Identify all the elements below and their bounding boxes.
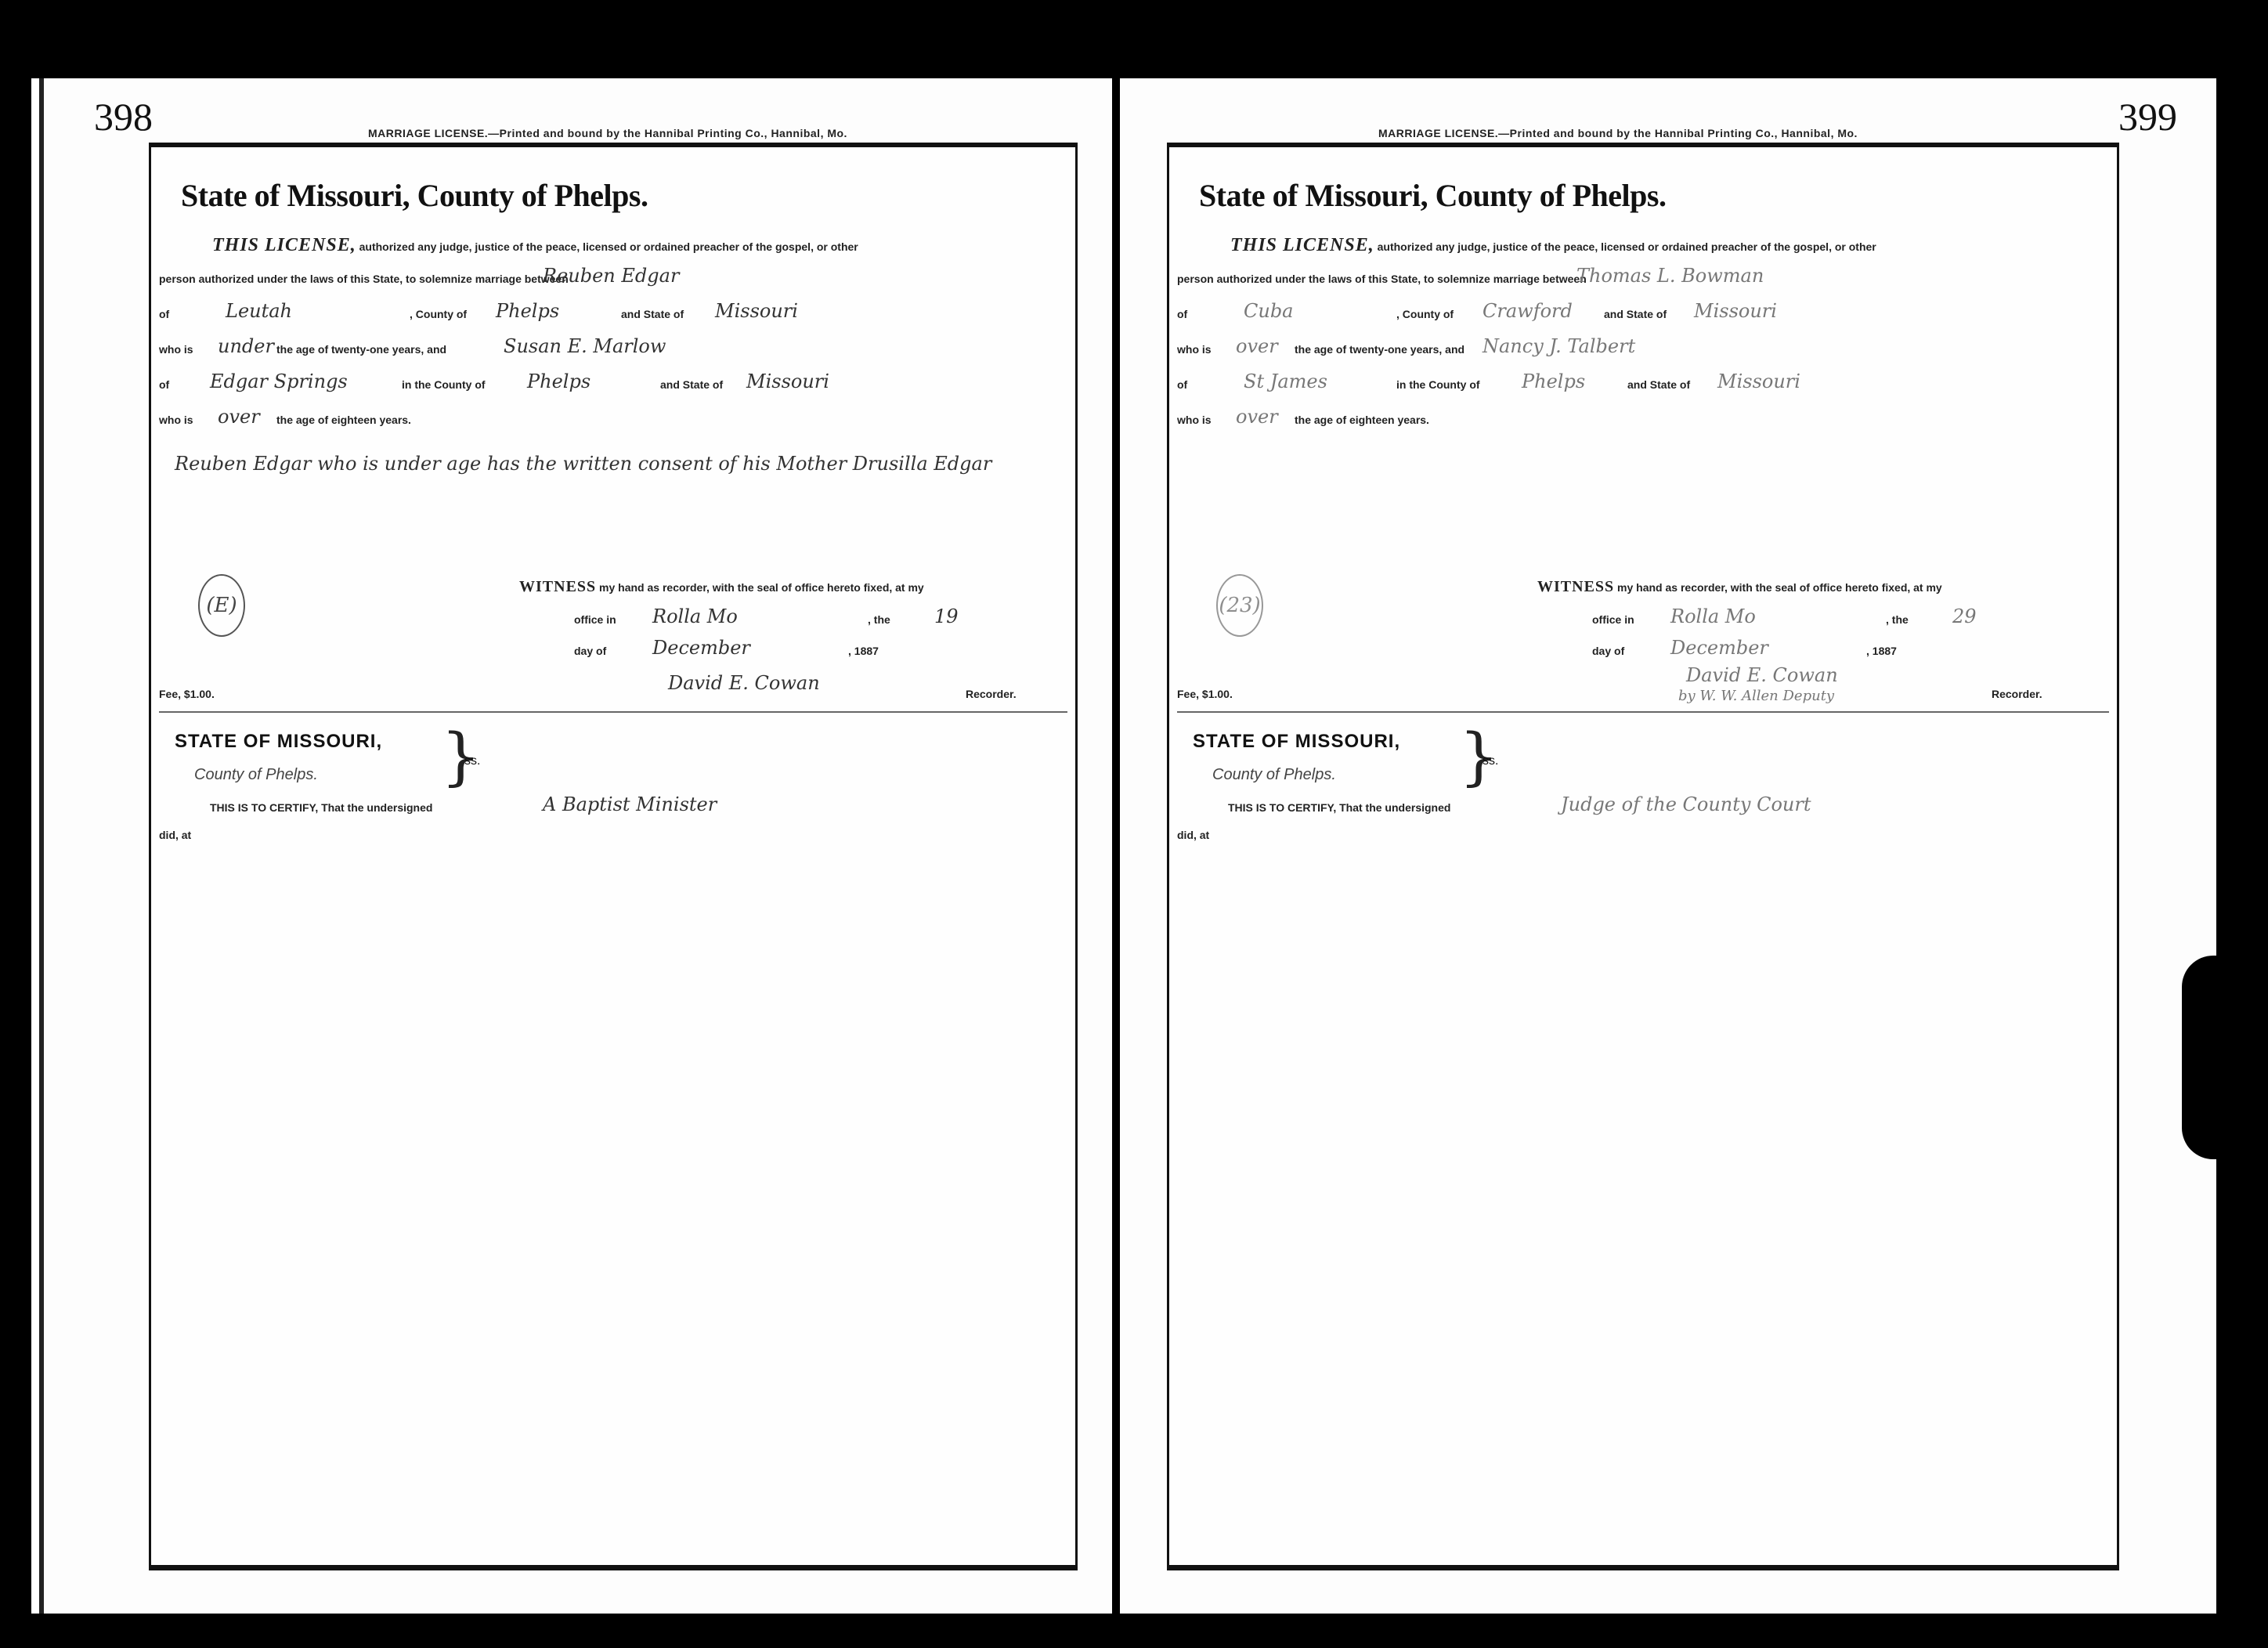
label-did-at: did, at xyxy=(159,829,191,841)
witness-year: , 1887 xyxy=(848,645,879,657)
ss-label: ss. xyxy=(464,754,480,768)
form-title: State of Missouri, County of Phelps. xyxy=(181,177,648,214)
fee-label: Fee, $1.00. xyxy=(159,688,215,700)
bride-residence: Edgar Springs xyxy=(210,370,348,392)
license-line-1: THIS LICENSE, authorized any judge, just… xyxy=(1230,235,1876,256)
label-state-of: and State of xyxy=(1604,308,1667,320)
divider xyxy=(1177,711,2109,713)
officiant-title: A Baptist Minister xyxy=(543,793,717,815)
state-heading: STATE OF MISSOURI, xyxy=(175,731,382,753)
recorder-label: Recorder. xyxy=(1992,688,2042,700)
label-who-is: who is xyxy=(159,414,193,426)
printer-line: MARRIAGE LICENSE.—Printed and bound by t… xyxy=(1378,127,1858,139)
form-frame-left: State of Missouri, County of Phelps. THI… xyxy=(149,143,1078,1570)
form-title: State of Missouri, County of Phelps. xyxy=(1199,177,1666,214)
label-the: , the xyxy=(868,613,890,626)
groom-state: Missouri xyxy=(1694,300,1777,322)
bride-state: Missouri xyxy=(746,370,829,392)
label-of: of xyxy=(159,378,169,391)
printer-line: MARRIAGE LICENSE.—Printed and bound by t… xyxy=(368,127,847,139)
groom-county: Phelps xyxy=(496,300,559,322)
witness-month: December xyxy=(1670,637,1768,659)
witness-line: WITNESS my hand as recorder, with the se… xyxy=(519,578,924,596)
label-office-in: office in xyxy=(1592,613,1634,626)
label-who-is: who is xyxy=(159,343,193,356)
ss-label: ss. xyxy=(1483,754,1498,768)
county-subheading: County of Phelps. xyxy=(194,766,318,784)
label-did-at: did, at xyxy=(1177,829,1209,841)
fee-label: Fee, $1.00. xyxy=(1177,688,1233,700)
bride-county: Phelps xyxy=(527,370,590,392)
marriage-license-record: State of Missouri, County of Phelps. THI… xyxy=(151,147,1075,852)
witness-line: WITNESS my hand as recorder, with the se… xyxy=(1537,578,1942,596)
bride-age-status: over xyxy=(1236,406,1278,428)
recorder-label: Recorder. xyxy=(966,688,1017,700)
label-who-is: who is xyxy=(1177,414,1212,426)
label-county-of: , County of xyxy=(1396,308,1454,320)
label-in-county-of: in the County of xyxy=(402,378,486,391)
groom-residence: Cuba xyxy=(1244,300,1294,322)
certify-line: THIS IS TO CERTIFY, That the undersigned xyxy=(210,801,432,814)
bride-name: Nancy J. Talbert xyxy=(1483,335,1635,357)
consent-note: Reuben Edgar who is under age has the wr… xyxy=(175,445,1036,482)
recorder-signature: David E. Cowan xyxy=(1686,664,1838,686)
label-state-of: and State of xyxy=(1627,378,1690,391)
left-page: 398 MARRIAGE LICENSE.—Printed and bound … xyxy=(31,78,1120,1614)
license-line-2: person authorized under the laws of this… xyxy=(1177,273,1587,285)
label-age-21: the age of twenty-one years, and xyxy=(276,343,446,356)
groom-county: Crawford xyxy=(1483,300,1573,322)
right-page: 399 MARRIAGE LICENSE.—Printed and bound … xyxy=(1120,78,2216,1614)
groom-state: Missouri xyxy=(715,300,798,322)
record-number-seal: (E) xyxy=(198,574,245,637)
bride-age-status: over xyxy=(218,406,260,428)
label-age-21: the age of twenty-one years, and xyxy=(1295,343,1464,356)
county-subheading: County of Phelps. xyxy=(1212,766,1336,784)
label-of: of xyxy=(1177,378,1187,391)
deputy-signature: by W. W. Allen Deputy xyxy=(1678,688,1834,704)
groom-age-status: over xyxy=(1236,335,1278,357)
page-number-left: 398 xyxy=(94,94,153,139)
thumb-shadow-right xyxy=(2182,956,2268,1159)
office-location: Rolla Mo xyxy=(652,605,738,627)
label-of: of xyxy=(159,308,169,320)
label-in-county-of: in the County of xyxy=(1396,378,1480,391)
divider xyxy=(159,711,1067,713)
groom-name: Reuben Edgar xyxy=(543,265,679,287)
witness-year: , 1887 xyxy=(1866,645,1897,657)
label-of: of xyxy=(1177,308,1187,320)
label-who-is: who is xyxy=(1177,343,1212,356)
witness-month: December xyxy=(652,637,750,659)
label-day-of: day of xyxy=(1592,645,1624,657)
recorder-signature: David E. Cowan xyxy=(668,672,820,694)
label-age-18: the age of eighteen years. xyxy=(276,414,411,426)
bride-state: Missouri xyxy=(1717,370,1800,392)
bride-county: Phelps xyxy=(1522,370,1585,392)
label-day-of: day of xyxy=(574,645,606,657)
witness-day: 29 xyxy=(1952,605,1977,627)
record-number-seal: (23) xyxy=(1216,574,1263,637)
groom-residence: Leutah xyxy=(226,300,292,322)
state-heading: STATE OF MISSOURI, xyxy=(1193,731,1400,753)
label-office-in: office in xyxy=(574,613,616,626)
certify-line: THIS IS TO CERTIFY, That the undersigned xyxy=(1228,801,1450,814)
groom-age-status: under xyxy=(218,335,274,357)
office-location: Rolla Mo xyxy=(1670,605,1756,627)
bride-name: Susan E. Marlow xyxy=(504,335,666,357)
license-line-1: THIS LICENSE, authorized any judge, just… xyxy=(212,235,858,256)
form-frame-right: State of Missouri, County of Phelps. THI… xyxy=(1167,143,2119,1570)
label-state-of: and State of xyxy=(621,308,684,320)
label-age-18: the age of eighteen years. xyxy=(1295,414,1429,426)
witness-day: 19 xyxy=(934,605,959,627)
label-state-of: and State of xyxy=(660,378,723,391)
bride-residence: St James xyxy=(1244,370,1327,392)
page-number-right: 399 xyxy=(2118,94,2177,139)
groom-name: Thomas L. Bowman xyxy=(1576,265,1764,287)
label-county-of: , County of xyxy=(410,308,467,320)
label-the: , the xyxy=(1886,613,1909,626)
license-line-2: person authorized under the laws of this… xyxy=(159,273,569,285)
officiant-title: Judge of the County Court xyxy=(1561,793,1811,815)
marriage-license-record: State of Missouri, County of Phelps. THI… xyxy=(1169,147,2117,852)
